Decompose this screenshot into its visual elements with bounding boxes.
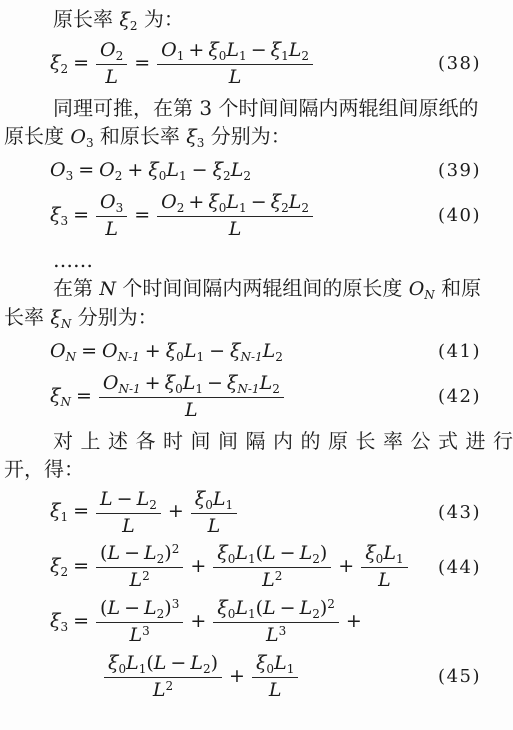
math-operator: −: [124, 597, 140, 619]
math-term: ): [211, 652, 218, 674]
math-variable: ξ: [271, 39, 281, 61]
equation: ξ3=O3L=O2+ξ0L1−ξ2L2L(40): [4, 191, 481, 241]
numerator: ξ0L1: [361, 542, 407, 568]
document-page: 原长率 ξ2 为：ξ2=O2L=O1+ξ0L1−ξ1L2L(38)同理可推，在第…: [0, 0, 513, 702]
fraction: O1+ξ0L1−ξ1L2L: [157, 39, 313, 89]
fraction: (L−L2)2L2: [96, 542, 183, 592]
subscript: 1: [196, 350, 204, 364]
subscript: 1: [287, 662, 295, 676]
math-variable: ξ: [195, 488, 205, 510]
math-variable: O: [70, 126, 86, 148]
math-variable: ξ: [50, 385, 60, 407]
equation-number: (38): [438, 53, 481, 74]
math-term: L1: [166, 159, 186, 181]
math-term: L2: [144, 597, 164, 619]
denominator: L2: [213, 568, 331, 592]
numerator: ξ0L1(L−L2): [104, 652, 222, 678]
math-term: L2: [300, 542, 320, 564]
math-variable: ξ: [208, 39, 218, 61]
math-plain: (: [146, 652, 153, 674]
math-term: )2: [320, 597, 335, 619]
math-term: ξ1: [271, 39, 289, 61]
math-operator: +: [168, 500, 184, 522]
math-variable: L: [229, 66, 242, 88]
superscript: 2: [166, 679, 174, 693]
math-term: ): [320, 542, 327, 564]
fraction: (L−L2)3L3: [96, 597, 183, 647]
equation-body: ON=ON-1+ξ0L1−ξN-1L2: [50, 340, 438, 363]
fraction: ξ0L1(L−L2)L2: [213, 542, 331, 592]
subscript: N: [66, 350, 77, 364]
math-term: ξN-1: [230, 340, 263, 362]
subscript: 2: [116, 49, 124, 63]
math-term: L: [263, 597, 276, 619]
math-term: ξ0: [166, 340, 184, 362]
math-term: L: [378, 569, 391, 591]
subscript: 1: [248, 607, 256, 621]
equation-number: (41): [438, 341, 481, 362]
superscript: 3: [279, 624, 287, 638]
math-variable: ξ: [230, 340, 240, 362]
math-operator: −: [280, 542, 296, 564]
math-term: (: [256, 597, 263, 619]
math-variable: L: [122, 515, 135, 537]
math-operator: =: [73, 204, 89, 226]
math-operator: +: [127, 159, 143, 181]
math-variable: L: [166, 159, 179, 181]
math-operator: +: [190, 610, 206, 632]
math-operator: +: [145, 340, 161, 362]
numerator: O3: [96, 191, 127, 217]
math-variable: L: [153, 679, 166, 701]
math-term: ξN: [50, 305, 71, 329]
math-operator: =: [73, 610, 89, 632]
text-run: 长率: [4, 305, 50, 329]
math-term: L1: [183, 372, 203, 394]
math-term: L2: [263, 340, 283, 362]
math-variable: O: [161, 191, 177, 213]
denominator: L: [191, 514, 237, 538]
subscript: 3: [86, 136, 94, 150]
subscript: 3: [66, 169, 74, 183]
math-variable: ξ: [50, 500, 60, 522]
math-term: (: [146, 652, 153, 674]
equation-body: ξ3=O3L=O2+ξ0L1−ξ2L2L: [50, 191, 438, 241]
equation: ξ1=L−L2L+ξ0L1L(43): [4, 488, 481, 538]
math-variable: L: [289, 191, 302, 213]
fraction: O2L: [96, 39, 127, 89]
math-term: L2: [300, 597, 320, 619]
math-term: L: [154, 652, 167, 674]
math-term: ξ3: [50, 204, 68, 226]
subscript: 2: [177, 201, 185, 215]
numerator: L−L2: [96, 488, 161, 514]
math-variable: O: [409, 278, 425, 300]
math-term: L: [107, 597, 120, 619]
numerator: ξ0L1: [252, 652, 298, 678]
math-variable: L: [137, 488, 150, 510]
denominator: L: [157, 217, 313, 241]
equation-number: (45): [438, 666, 481, 687]
math-term: (: [256, 542, 263, 564]
math-term: L: [107, 542, 120, 564]
math-variable: ξ: [50, 555, 60, 577]
math-term: L2: [289, 191, 309, 213]
subscript: 2: [243, 169, 251, 183]
math-variable: ξ: [119, 9, 129, 31]
subscript: N-1: [237, 382, 259, 396]
numerator: O2+ξ0L1−ξ2L2: [157, 191, 313, 217]
math-term: ξ3: [50, 610, 68, 632]
denominator: L: [252, 678, 298, 702]
fraction: ξ0L1L: [252, 652, 298, 702]
math-operator: +: [338, 555, 354, 577]
math-term: ξ0: [208, 39, 226, 61]
subscript: 1: [248, 552, 256, 566]
numerator: O1+ξ0L1−ξ1L2: [157, 39, 313, 65]
math-term: ξ0: [217, 597, 235, 619]
math-term: ξ3: [186, 124, 204, 148]
denominator: L: [99, 398, 284, 422]
math-variable: L: [300, 542, 313, 564]
math-plain: ): [164, 597, 171, 619]
denominator: L3: [213, 623, 339, 647]
subscript: 1: [177, 49, 185, 63]
equation-number: (42): [438, 386, 481, 407]
math-variable: ξ: [256, 652, 266, 674]
math-variable: L: [105, 218, 118, 240]
math-variable: O: [161, 39, 177, 61]
math-variable: N: [99, 278, 116, 300]
math-variable: L: [266, 624, 279, 646]
math-term: L: [185, 399, 198, 421]
math-term: O2: [99, 159, 122, 181]
math-operator: −: [192, 159, 208, 181]
subscript: N: [60, 395, 71, 409]
numerator: (L−L2)2: [96, 542, 183, 568]
math-variable: O: [100, 39, 116, 61]
paragraph-line: 在第 N 个时间间隔内两辊组间的原长度 ON 和原: [4, 274, 481, 303]
equation-body: ξ3=(L−L2)3L3+ξ0L1(L−L2)2L3+: [50, 597, 481, 647]
math-variable: O: [100, 191, 116, 213]
math-term: O3: [50, 159, 73, 181]
math-operator: −: [207, 372, 223, 394]
text-run: 同理可推，在第 3 个时间间隔内两辊组间原纸的: [53, 96, 478, 120]
subscript: 0: [175, 382, 183, 396]
math-variable: L: [274, 652, 287, 674]
subscript: 2: [115, 169, 123, 183]
denominator: L: [96, 217, 127, 241]
math-term: ON: [409, 276, 435, 300]
math-variable: O: [102, 340, 118, 362]
math-term: O3: [70, 124, 93, 148]
paragraph-line: 对上述各时间间隔内的原长率公式进行展: [4, 427, 481, 455]
math-term: ξ0: [217, 542, 235, 564]
math-operator: =: [76, 385, 92, 407]
math-variable: L: [260, 372, 273, 394]
math-term: L3: [130, 624, 150, 646]
superscript: 3: [142, 624, 150, 638]
math-term: ξ0: [165, 372, 183, 394]
math-variable: ξ: [50, 52, 60, 74]
math-variable: L: [208, 515, 221, 537]
math-term: L1: [235, 597, 255, 619]
equation-number: (39): [438, 160, 481, 181]
text-run: 和原长率: [94, 124, 187, 148]
denominator: L: [157, 65, 313, 89]
math-term: L: [229, 66, 242, 88]
text-run: 分别为：: [204, 124, 290, 148]
math-variable: L: [231, 159, 244, 181]
math-variable: L: [144, 597, 157, 619]
math-term: L: [105, 218, 118, 240]
math-term: ξ2: [119, 7, 137, 31]
math-variable: L: [105, 66, 118, 88]
text-run: 原长度: [4, 124, 70, 148]
math-variable: ξ: [365, 542, 375, 564]
equation: ON=ON-1+ξ0L1−ξN-1L2(41): [4, 337, 481, 367]
math-variable: O: [103, 372, 119, 394]
math-variable: ξ: [108, 652, 118, 674]
math-plain: ): [164, 542, 171, 564]
math-operator: =: [81, 340, 97, 362]
equation: ξN=ON-1+ξ0L1−ξN-1L2L(42): [4, 372, 481, 422]
subscript: N-1: [118, 350, 140, 364]
denominator: L: [96, 514, 161, 538]
math-term: ξ1: [50, 500, 68, 522]
math-operator: −: [117, 488, 133, 510]
math-term: L: [229, 218, 242, 240]
subscript: 2: [312, 607, 320, 621]
math-operator: +: [346, 610, 362, 632]
numerator: ON-1+ξ0L1−ξN-1L2: [99, 372, 284, 398]
math-term: ξ0: [256, 652, 274, 674]
math-term: ON-1: [103, 372, 141, 394]
fraction: ξ0L1(L−L2)L2: [104, 652, 222, 702]
math-term: O3: [100, 191, 123, 213]
equation: O3=O2+ξ0L1−ξ2L2(39): [4, 156, 481, 186]
math-variable: L: [185, 399, 198, 421]
subscript: 1: [60, 510, 68, 524]
math-term: N: [99, 276, 116, 300]
math-operator: −: [251, 191, 267, 213]
math-variable: ξ: [186, 126, 196, 148]
subscript: 2: [301, 201, 309, 215]
math-variable: L: [235, 597, 248, 619]
denominator: L: [361, 568, 407, 592]
equation: ξ2=(L−L2)2L2+ξ0L1(L−L2)L2+ξ0L1L(44): [4, 542, 481, 592]
subscript: 0: [176, 350, 184, 364]
math-term: ξ2: [50, 52, 68, 74]
equation-body: O3=O2+ξ0L1−ξ2L2: [50, 159, 438, 182]
subscript: 2: [301, 49, 309, 63]
subscript: 3: [60, 214, 68, 228]
math-variable: L: [154, 652, 167, 674]
math-term: L2: [231, 159, 251, 181]
math-term: L: [122, 515, 135, 537]
math-term: L2: [260, 372, 280, 394]
subscript: 1: [281, 49, 289, 63]
superscript: 2: [142, 569, 150, 583]
text-run: ……: [53, 248, 93, 272]
math-variable: ξ: [165, 372, 175, 394]
math-operator: =: [78, 159, 94, 181]
subscript: 0: [205, 498, 213, 512]
fraction: O3L: [96, 191, 127, 241]
subscript: 2: [272, 382, 280, 396]
math-term: ξ2: [50, 555, 68, 577]
numerator: O2: [96, 39, 127, 65]
math-operator: +: [229, 665, 245, 687]
paragraph-line: ……: [4, 246, 481, 274]
paragraph-line: 原长率 ξ2 为：: [4, 5, 481, 34]
math-variable: ξ: [217, 542, 227, 564]
text-run: 在第: [53, 276, 99, 300]
math-variable: L: [107, 542, 120, 564]
math-term: ξ0: [208, 191, 226, 213]
fraction: ξ0L1L: [191, 488, 237, 538]
equation: ξ3=(L−L2)3L3+ξ0L1(L−L2)2L3+: [4, 597, 481, 647]
math-variable: O: [99, 159, 115, 181]
fraction: L−L2L: [96, 488, 161, 538]
denominator: L3: [96, 623, 183, 647]
subscript: 0: [266, 662, 274, 676]
superscript: 2: [275, 569, 283, 583]
subscript: N: [61, 317, 72, 331]
math-operator: =: [73, 555, 89, 577]
math-variable: L: [226, 191, 239, 213]
superscript: 3: [172, 597, 180, 611]
fraction: O2+ξ0L1−ξ2L2L: [157, 191, 313, 241]
math-term: L1: [226, 191, 246, 213]
subscript: 2: [223, 169, 231, 183]
math-term: L1: [235, 542, 255, 564]
math-plain: (: [256, 542, 263, 564]
math-variable: L: [130, 624, 143, 646]
math-operator: =: [134, 52, 150, 74]
math-term: )3: [164, 597, 179, 619]
math-term: )2: [164, 542, 179, 564]
math-operator: +: [188, 191, 204, 213]
numerator: ξ0L1: [191, 488, 237, 514]
subscript: 1: [226, 498, 234, 512]
math-variable: O: [50, 340, 66, 362]
text-run: 分别为：: [71, 305, 157, 329]
math-term: L2: [289, 39, 309, 61]
math-variable: ξ: [50, 610, 60, 632]
equation-body: ξ2=(L−L2)2L2+ξ0L1(L−L2)L2+ξ0L1L: [50, 542, 438, 592]
numerator: ξ0L1(L−L2): [213, 542, 331, 568]
math-term: ξN: [50, 385, 71, 407]
subscript: 2: [149, 498, 157, 512]
math-variable: ξ: [217, 597, 227, 619]
math-variable: L: [144, 542, 157, 564]
math-variable: L: [300, 597, 313, 619]
math-operator: =: [134, 204, 150, 226]
math-operator: +: [145, 372, 161, 394]
math-operator: −: [170, 652, 186, 674]
math-variable: ξ: [227, 372, 237, 394]
math-term: ON-1: [102, 340, 140, 362]
math-term: ξ0: [108, 652, 126, 674]
text-run: 原长率: [53, 7, 119, 31]
math-term: L2: [190, 652, 210, 674]
math-term: ON: [50, 340, 76, 362]
math-variable: L: [130, 569, 143, 591]
math-variable: ξ: [50, 204, 60, 226]
math-variable: L: [213, 488, 226, 510]
math-term: O2: [161, 191, 184, 213]
subscript: N: [424, 288, 435, 302]
text-run: 个时间间隔内两辊组间的原长度: [116, 276, 409, 300]
math-term: L2: [137, 488, 157, 510]
math-term: L: [105, 66, 118, 88]
math-term: L1: [184, 340, 204, 362]
subscript: 0: [118, 662, 126, 676]
paragraph-line: 同理可推，在第 3 个时间间隔内两辊组间原纸的: [4, 94, 481, 122]
math-term: L3: [266, 624, 286, 646]
math-variable: ξ: [208, 191, 218, 213]
equation: ξ0L1(L−L2)L2+ξ0L1L(45): [4, 652, 481, 702]
superscript: 2: [172, 542, 180, 556]
math-term: L: [208, 515, 221, 537]
paragraph-line: 长率 ξN 分别为：: [4, 303, 481, 332]
subscript: N-1: [240, 350, 262, 364]
numerator: (L−L2)3: [96, 597, 183, 623]
math-term: O2: [100, 39, 123, 61]
math-variable: ξ: [148, 159, 158, 181]
subscript: 2: [312, 552, 320, 566]
math-term: ξ0: [195, 488, 213, 510]
math-term: L: [100, 488, 113, 510]
equation-body: ξ0L1(L−L2)L2+ξ0L1L: [102, 652, 438, 702]
math-variable: ξ: [50, 307, 60, 329]
text-run: 对上述各时间间隔内的原长率公式进行展: [53, 429, 513, 453]
math-variable: L: [269, 679, 282, 701]
equation-number: (43): [438, 502, 481, 523]
math-operator: −: [280, 597, 296, 619]
subscript: 1: [239, 201, 247, 215]
equation-number: (40): [438, 205, 481, 226]
denominator: L2: [96, 568, 183, 592]
denominator: L2: [104, 678, 222, 702]
subscript: 1: [396, 552, 404, 566]
text-run: 和原: [435, 276, 481, 300]
math-operator: +: [190, 555, 206, 577]
math-variable: L: [190, 652, 203, 674]
math-variable: ξ: [271, 191, 281, 213]
numerator: ξ0L1(L−L2)2: [213, 597, 339, 623]
subscript: 1: [195, 382, 203, 396]
math-term: O1: [161, 39, 184, 61]
math-variable: L: [263, 542, 276, 564]
math-operator: +: [188, 39, 204, 61]
math-variable: L: [378, 569, 391, 591]
math-term: L2: [153, 679, 173, 701]
math-plain: (: [256, 597, 263, 619]
denominator: L: [96, 65, 127, 89]
math-variable: L: [184, 340, 197, 362]
math-term: ξ0: [365, 542, 383, 564]
math-term: L: [263, 542, 276, 564]
subscript: 3: [116, 201, 124, 215]
math-term: L1: [383, 542, 403, 564]
subscript: 1: [179, 169, 187, 183]
subscript: N-1: [118, 382, 140, 396]
math-variable: L: [229, 218, 242, 240]
fraction: ξ0L1(L−L2)2L3: [213, 597, 339, 647]
text-run: 为：: [137, 7, 183, 31]
